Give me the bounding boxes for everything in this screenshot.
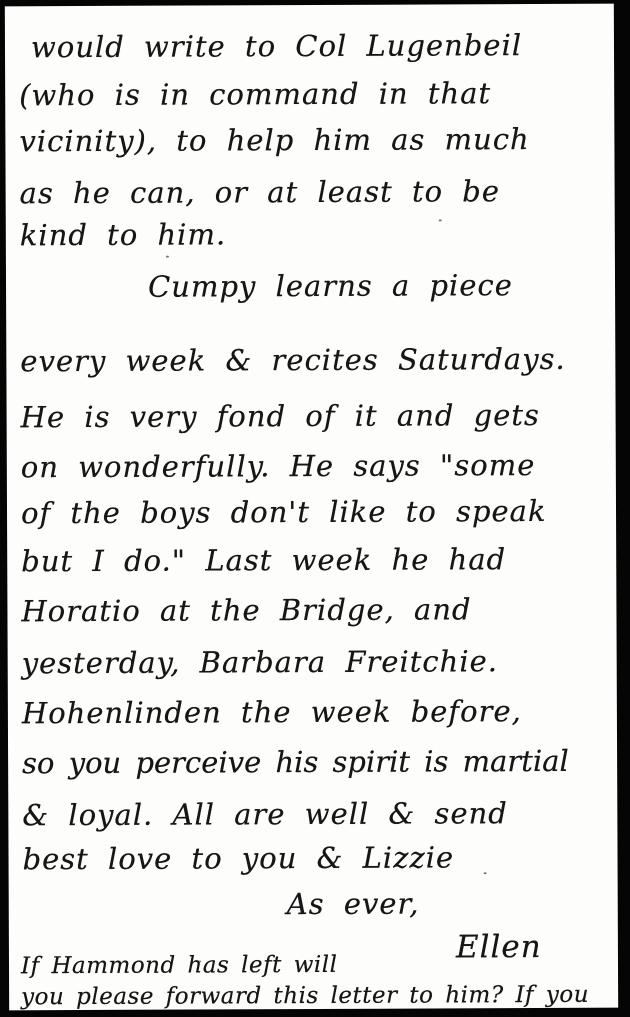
letter-line: of the boys don't like to speak — [21, 496, 547, 530]
letter-line: yesterday, Barbara Freitchie. — [22, 646, 498, 680]
signature: Ellen — [456, 930, 542, 964]
letter-line: Hohenlinden the week before, — [22, 696, 522, 730]
letter-line: vicinity), to help him as much — [19, 124, 529, 158]
scanned-letter: would write to Col Lugenbeil (who is in … — [0, 0, 630, 1017]
letter-line: on wonderfully. He says "some — [21, 450, 536, 484]
letter-line: Horatio at the Bridge, and — [21, 594, 471, 628]
letter-line: every week & recites Saturdays. — [20, 344, 565, 378]
scan-speck — [166, 256, 169, 258]
letter-line: as he can, or at least to be — [20, 176, 500, 210]
letter-paper: would write to Col Lugenbeil (who is in … — [5, 4, 618, 1011]
scan-speck — [484, 872, 487, 874]
letter-line: so you perceive his spirit is martial — [22, 746, 569, 780]
letter-line: but I do." Last week he had — [21, 544, 506, 578]
letter-line: would write to Col Lugenbeil — [31, 30, 522, 64]
letter-line: (who is in command in that — [19, 78, 491, 112]
letter-line-paragraph-start: Cumpy learns a piece — [148, 270, 513, 303]
closing-line: As ever, — [287, 889, 420, 921]
postscript-line: you please forward this letter to him? I… — [21, 983, 589, 1011]
letter-line: best love to you & Lizzie — [22, 842, 454, 876]
letter-line: He is very fond of it and gets — [21, 400, 540, 434]
letter-line: & loyal. All are well & send — [22, 798, 508, 832]
scan-speck — [439, 219, 442, 221]
scan-speck — [199, 960, 201, 962]
letter-line: kind to him. — [20, 219, 226, 252]
postscript-line: If Hammond has left will — [21, 953, 338, 980]
